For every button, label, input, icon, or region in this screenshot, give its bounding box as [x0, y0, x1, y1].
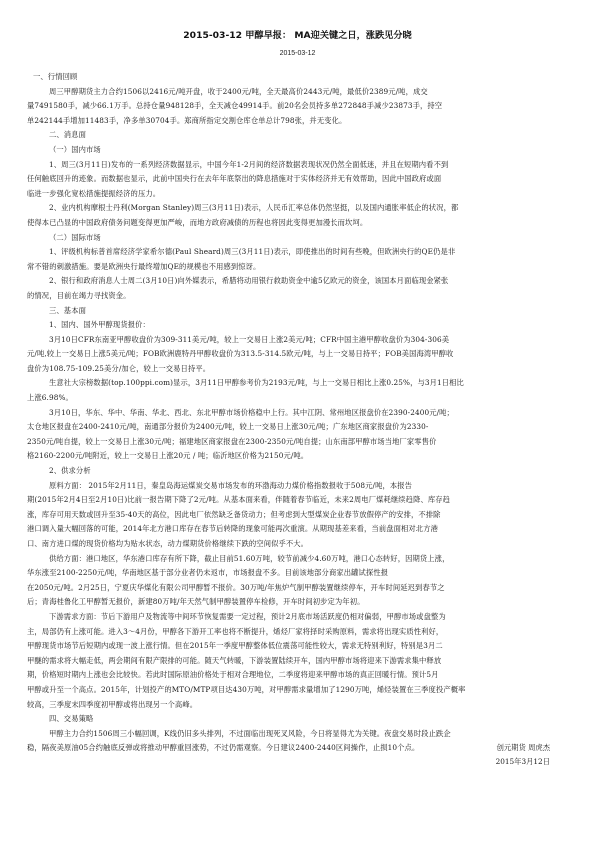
- text-line: 2、供求分析: [27, 464, 573, 479]
- text-line: 涨，库存可用天数或回升至35-40天的高位，因此电厂依然缺乏备货动力；但考虑到大…: [27, 508, 573, 523]
- text-line: 华东涨至2100-2250元/吨，华南地区基于部分业者仍未返市，市场报盘不多。目…: [27, 566, 573, 581]
- text-line: 太仓地区报盘在2400-2410元/吨，南通部分报价为2400元/吨，较上一交易…: [27, 420, 573, 435]
- text-line: 格2160-2200元/吨附近，较上一交易日上涨20元 / 吨；临沂地区价格为2…: [27, 449, 573, 464]
- text-line: 2350元/吨自提，较上一交易日上涨30元/吨；福建地区商家报盘在2300-23…: [27, 435, 573, 450]
- text-line: 常不错的刺激措施。要是欧洲央行最终增加QE的规模也不用感到惊讶。: [27, 260, 573, 275]
- text-line: （一）国内市场: [27, 143, 573, 158]
- text-line: 下游需求方面：节后下游用户及物流等中间环节恢复需要一定过程，预计2月底市场活跃度…: [27, 610, 573, 625]
- text-line: 量7491580手，减少66.1万手。总持仓量948128手，全天减仓49914…: [27, 99, 573, 114]
- text-line: 使得本已凸显的中国政府债务问题变得更加严峻，而地方政府减债的历程也将因此变得更加…: [27, 216, 573, 231]
- text-line: 1、国内、国外甲醇现货报价：: [27, 318, 573, 333]
- text-line: （二）国际市场: [27, 231, 573, 246]
- text-line: 供给方面：港口地区，华东港口库存有所下降，截止目前51.60万吨，较节前减少4.…: [27, 552, 573, 567]
- text-line: 元/吨,较上一交易日上涨5美元/吨；FOB欧洲鹿特丹甲醇收盘价为313.5-31…: [27, 347, 573, 362]
- text-line: 甲醇现货市场节后短期内或现一波上涨行情。但在2015年一季度甲醇整体低位震荡可能…: [27, 639, 573, 654]
- document-body: 一、行情回顾周三甲醇期货主力合约1506以2416元/吨开盘，收于2400元/吨…: [27, 70, 573, 756]
- text-line: 3月10日CFR东南亚甲醇收盘价为309-311美元/吨，较上一交易日上涨2美元…: [27, 333, 573, 348]
- signature-date: 2015年3月12日: [470, 755, 550, 769]
- text-line: 甲醚的需求将大幅走低，两会期间有限产限排的可能。随天气转暖，下游装置陆续开车，国…: [27, 654, 573, 669]
- text-line: 2、银行和政府消息人士周二(3月10日)向外媒表示，希腊将动用银行救助资金中逾5…: [27, 274, 573, 289]
- text-line: 原料方面： 2015年2月11日，秦皇岛海运煤炭交易市场发布的环渤海动力煤价格指…: [27, 479, 573, 494]
- text-line: 在2050元/吨。2月25日，宁夏庆华煤化有限公司甲醇暂不报价。30万吨/年焦炉…: [27, 581, 573, 596]
- document-page: 2015-03-12 甲醇早报： MA迎关键之日，涨跌见分晓 2015-03-1…: [0, 0, 595, 842]
- text-line: 任何触底回升的迹象。而数据也显示，此前中国央行在去年年底祭出的降息措施对于实体经…: [27, 172, 573, 187]
- text-line: 盘价为108.75-109.25美分/加仑，较上一交易日持平。: [27, 362, 573, 377]
- text-line: 单242144手增加11483手，净多单30704手。郑商所指定交割仓库仓单总计…: [27, 114, 573, 129]
- text-line: 甲醇主力合约1506周三小幅回调，K线仍旧多头排列，不过面临出现死叉风险，今日将…: [27, 727, 573, 742]
- text-line: 上涨6.98%。: [27, 391, 573, 406]
- text-line: 口、南方进口煤的现货价格均为贴水状态，动力煤期货价格继续下跌的空间似乎不大。: [27, 537, 573, 552]
- text-line: 一、行情回顾: [27, 70, 573, 85]
- text-line: 港口调入量大幅回落的可能，2014年北方港口库存在春节后转降的现象可能再次重演。…: [27, 522, 573, 537]
- signature-block: 创元期货 周虎杰 2015年3月12日: [470, 741, 550, 769]
- text-line: 二、消息面: [27, 128, 573, 143]
- text-line: 生意社大宗榜数据(top.100ppi.com)显示，3月11日甲醇参考价为21…: [27, 376, 573, 391]
- text-line: 期(2015年2月4日至2月10日)比前一报告期下降了2元/吨。从基本面来看，伴…: [27, 493, 573, 508]
- text-line: 甲醇或升至一个高点。2015年，计划投产的MTO/MTP项目达430万吨，对甲醇…: [27, 683, 573, 698]
- text-line: 1、周三(3月11日)发布的一系列经济数据显示，中国今年1-2月间的经济数据表现…: [27, 158, 573, 173]
- text-line: 较高，三季度末四季度初甲醇或将出现另一个高峰。: [27, 698, 573, 713]
- text-line: 3月10日，华东、华中、华南、华北、西北、东北甲醇市场价格稳中上行。其中江阴、常…: [27, 406, 573, 421]
- text-line: 主，局部仍有上涨可能。进入3～4月份，甲醇各下游开工率也将不断提升，烯烃厂家将择…: [27, 625, 573, 640]
- text-line: 的情况，目前在竭力寻找资金。: [27, 289, 573, 304]
- text-line: 周三甲醇期货主力合约1506以2416元/吨开盘，收于2400元/吨，全天最高价…: [27, 85, 573, 100]
- text-line: 四、交易策略: [27, 712, 573, 727]
- document-title: 2015-03-12 甲醇早报： MA迎关键之日，涨跌见分晓: [0, 27, 595, 41]
- text-line: 临进一步强化宽松措施提振经济的压力。: [27, 187, 573, 202]
- text-line: 2、业内机构摩根士丹利(Morgan Stanley)周三(3月11日)表示，人…: [27, 201, 573, 216]
- text-line: 1、评级机构标普首席经济学家希尔德(Paul Sheard)周三(3月11日)表…: [27, 245, 573, 260]
- text-line: 三、基本面: [27, 304, 573, 319]
- document-date: 2015-03-12: [0, 50, 595, 57]
- signature-author: 创元期货 周虎杰: [470, 741, 550, 755]
- text-line: 后；青海桂鲁化工甲醇暂无报价，新建80万吨/年天然气制甲醇装置停车检修，开车时间…: [27, 595, 573, 610]
- text-line: 期，价格短时期内上涨也会比较快。若此时国际原油价格处于相对合理地位，二季度将迎来…: [27, 668, 573, 683]
